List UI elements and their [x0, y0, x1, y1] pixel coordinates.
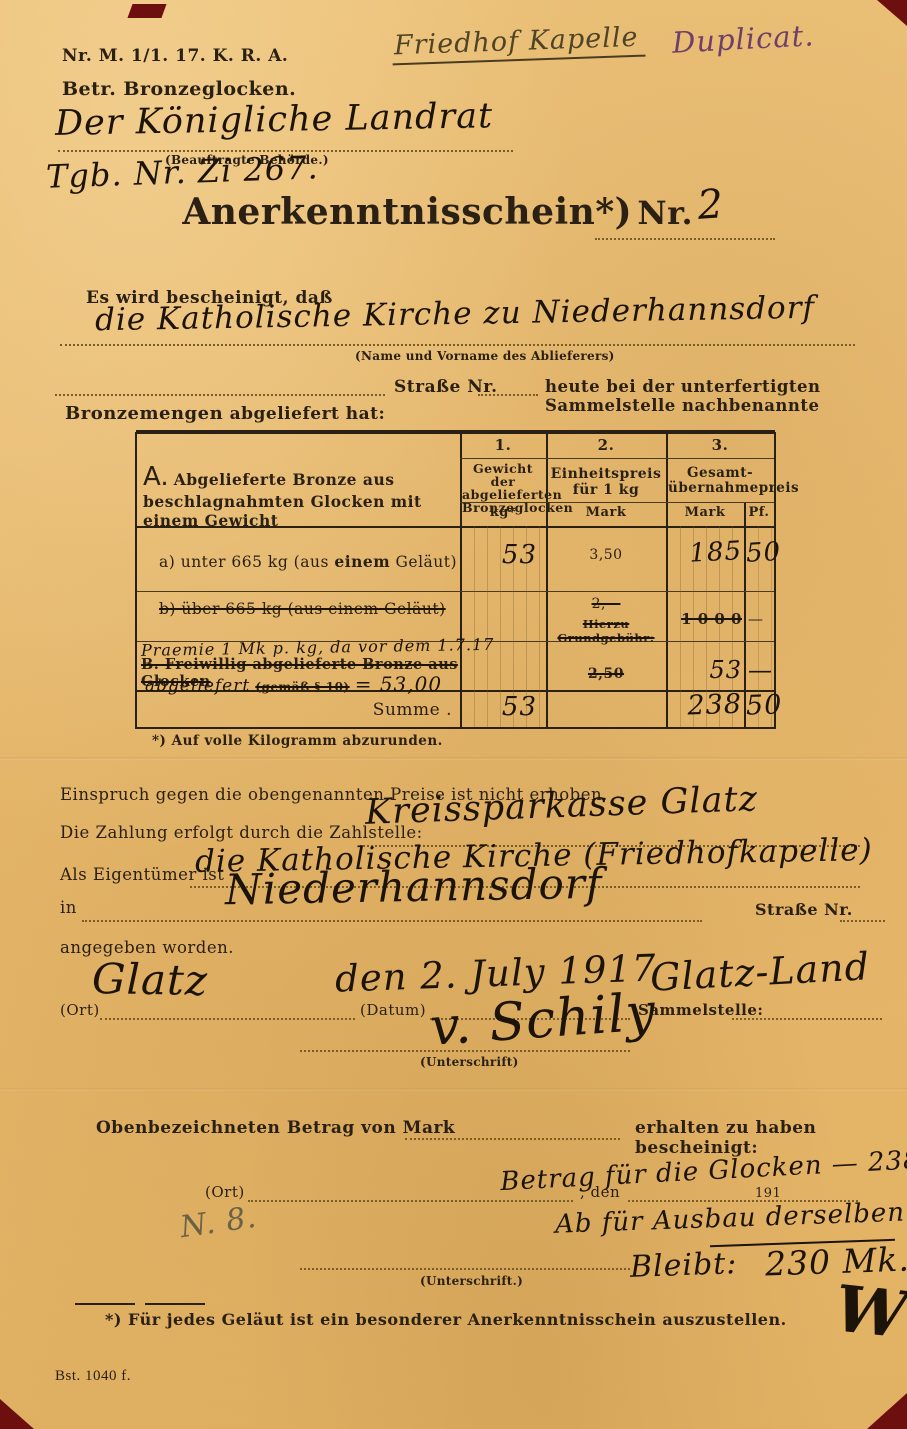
receipt-unterschrift-caption: (Unterschrift.) — [420, 1274, 523, 1288]
strasse-fill-line-2 — [840, 920, 885, 922]
summe-label: Summe . — [257, 700, 452, 720]
scan-edge-mark — [127, 4, 166, 18]
row-a-label: a) unter 665 kg (aus einem Geläut) — [159, 552, 459, 571]
handwritten-location: Niederhannsdorf — [225, 859, 603, 915]
table-hline — [460, 458, 774, 459]
table-footnote: *) Auf volle Kilogramm abzurunden. — [152, 733, 443, 749]
handwritten-bleibt-label: Bleibt: — [629, 1246, 738, 1285]
row-bb-total-mark-hw: 53 — [668, 656, 742, 684]
handwritten-annotation-friedhof-kapelle: Friedhof Kapelle — [391, 22, 645, 66]
summe-total-pf-hw: 50 — [745, 689, 780, 721]
receipt-ort-label: (Ort) — [205, 1183, 245, 1201]
strasse-label-2: Straße Nr. — [755, 900, 853, 919]
ort-label: (Ort) — [60, 1001, 100, 1019]
title-nr-label: Nr. — [637, 194, 693, 232]
col2-unit: Mark — [548, 505, 664, 520]
row-a-label-1: a) unter 665 kg (aus — [159, 553, 334, 571]
row-b-total-pf: — — [748, 610, 778, 628]
form-ref-number: Nr. M. 1/1. 17. K. R. A. — [62, 46, 288, 66]
document-title: Anerkenntnisschein*) — [182, 191, 632, 233]
row-b-surcharge-struck: Hierzu Grundgebühr: — [548, 617, 664, 645]
unterschrift-caption: (Unterschrift) — [420, 1055, 519, 1069]
document-title-row: Anerkenntnisschein*) Nr. 2 — [0, 188, 907, 234]
row-a-label-2: Geläut) — [390, 553, 457, 571]
handwritten-pencil-note: N. 8. — [178, 1200, 259, 1245]
sammelstelle-fill-line — [732, 1018, 882, 1020]
row-a-unit-price: 3,50 — [548, 547, 664, 563]
row-bb-value-line: abgeliefert (gemäß § 10) = 53,00 — [145, 672, 475, 696]
scan-edge-mark — [867, 1393, 907, 1429]
col3-unit-mark: Mark — [668, 505, 742, 520]
bronzemengen-bold: Bronzemengen — [65, 403, 223, 424]
sammelstelle-label: Sammelstelle: — [638, 1001, 763, 1019]
name-caption: (Name und Vorname des Ablieferers) — [355, 349, 615, 363]
col2-title: Einheitspreis für 1 kg — [548, 466, 664, 498]
bronzemengen-rest: abgeliefert hat: — [223, 404, 385, 424]
row-a-weight-hw: 53 — [467, 540, 537, 570]
datum-label: (Datum) — [360, 1001, 426, 1019]
handwritten-authority: Der Königliche Landrat — [55, 96, 494, 144]
row-bb-total-pf-hw: — — [748, 656, 778, 684]
fold-crease — [0, 757, 907, 760]
betrag-label: Obenbezeichneten Betrag von Mark — [96, 1118, 455, 1138]
signature-fill-line — [300, 1050, 630, 1052]
in-label: in — [60, 898, 77, 917]
row-a-total-pf-hw: 50 — [745, 537, 777, 569]
betrag-fill-line — [405, 1138, 620, 1140]
col3-unit-pf: Pf. — [744, 505, 774, 520]
col3-title: Gesamt- übernahmepreis — [668, 466, 772, 496]
footnote-rule — [75, 1303, 135, 1305]
handwritten-monogram: W — [831, 1271, 907, 1353]
col3-number: 3. — [666, 436, 774, 454]
handwritten-duplicat: Duplicat. — [671, 18, 815, 59]
handwritten-ort: Glatz — [92, 954, 209, 1005]
fold-crease — [0, 1088, 907, 1091]
handwritten-sammelstelle: Glatz-Land — [649, 944, 871, 999]
scan-edge-mark — [877, 0, 907, 26]
receipt-year-print: 191 — [755, 1186, 781, 1201]
scan-edge-mark — [0, 1399, 34, 1429]
bronze-delivery-table: 1. 2. 3. Gewicht der abgelieferten Bronz… — [135, 432, 776, 729]
row-bb-printed-struck: (gemäß § 10) — [255, 680, 349, 694]
row-a-total-mark-hw: 185 — [667, 536, 742, 570]
col2-number: 2. — [546, 436, 666, 454]
address-fill-line — [55, 394, 385, 396]
col1-unit: kg* — [462, 505, 544, 520]
row-bb-hw-value: = 53,00 — [355, 672, 442, 696]
name-fill-line — [60, 344, 855, 346]
ort-fill-line — [100, 1018, 355, 1020]
strasse-fill-line — [478, 394, 538, 396]
row-b-label-struck: b) über 665 kg (aus einem Geläut) — [159, 600, 459, 618]
footnote-rule — [145, 1303, 205, 1305]
col1-number: 1. — [460, 436, 546, 454]
section-a-label: Abgelieferte Bronze aus beschlagnahmten … — [143, 470, 422, 530]
row-b-total-struck: 1 0 0 0 — [668, 610, 742, 628]
section-a-cell: A. Abgelieferte Bronze aus beschlagnahmt… — [143, 462, 457, 530]
footer-footnote: *) Für jedes Geläut ist ein besonderer A… — [105, 1310, 787, 1329]
row-bb-unit-price-struck: 2,50 — [548, 666, 664, 682]
handwritten-schein-number: 2 — [696, 181, 726, 229]
receipt-ort-fill-line — [248, 1200, 573, 1202]
in-fill-line — [82, 920, 702, 922]
row-bb-hw-prefix: abgeliefert — [145, 676, 250, 696]
summe-weight-hw: 53 — [467, 692, 537, 722]
bronzemengen-line: Bronzemengen abgeliefert hat: — [65, 403, 385, 424]
row-b-unit-price-struck: 2,— — [548, 596, 664, 612]
form-subject: Betr. Bronzeglocken. — [62, 78, 296, 100]
receipt-unterschrift-fill-line — [300, 1268, 630, 1270]
summe-total-mark-hw: 238 — [661, 689, 742, 723]
section-a-prefix: A. — [143, 462, 169, 492]
row-a-label-bold: einem — [334, 552, 390, 571]
scanned-document-page: Nr. M. 1/1. 17. K. R. A. Betr. Bronzeglo… — [0, 0, 907, 1429]
title-nr-fill-line — [595, 238, 775, 240]
printer-mark: Bst. 1040 f. — [55, 1368, 131, 1385]
delivered-text: heute bei der unterfertigten Sammelstell… — [545, 377, 907, 415]
